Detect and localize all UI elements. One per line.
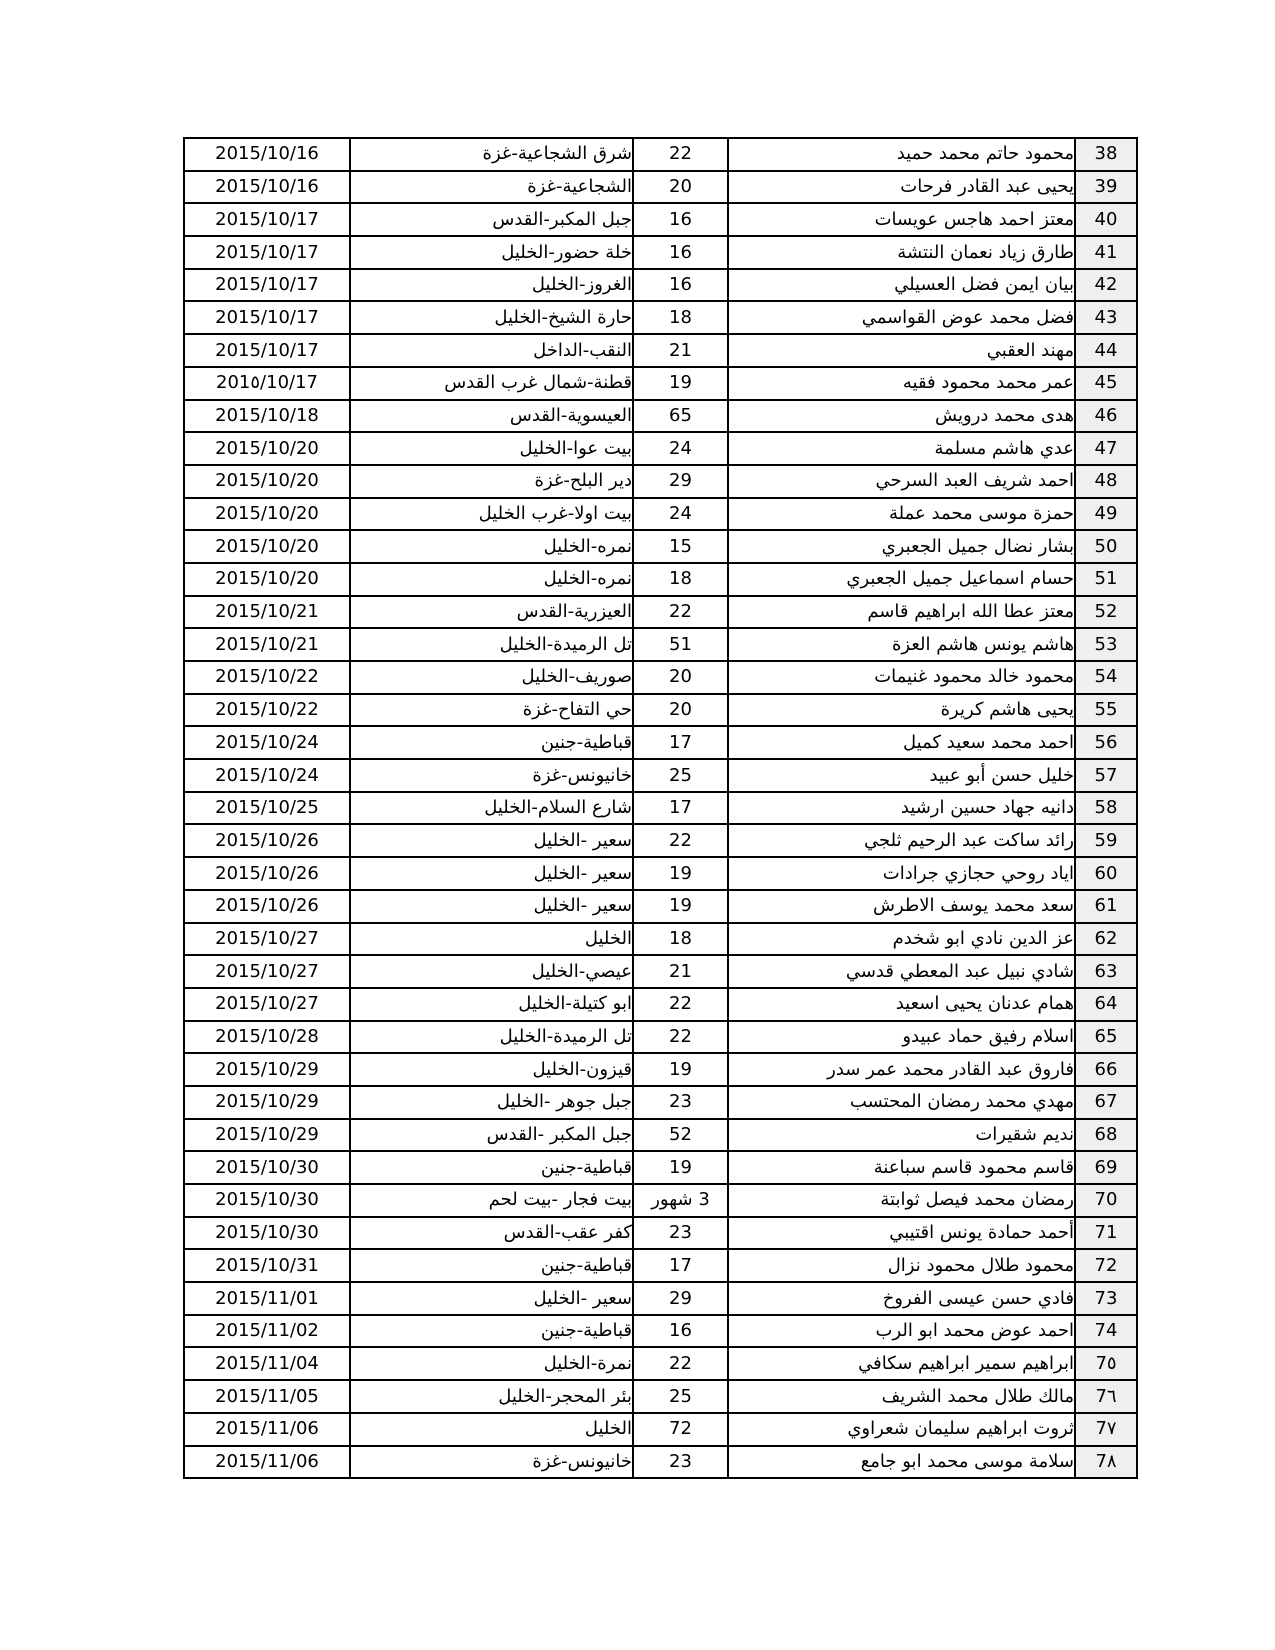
cell-name: يحيى عبد القادر فرحات: [728, 171, 1075, 204]
cell-location: جبل المكبر -القدس: [350, 1119, 633, 1152]
cell-age: 22: [633, 596, 728, 629]
table-row: 66فاروق عبد القادر محمد عمر سدر19قيزون-ا…: [184, 1053, 1137, 1086]
cell-number: 58: [1075, 792, 1137, 825]
cell-number: 67: [1075, 1086, 1137, 1119]
cell-number: 74: [1075, 1315, 1137, 1348]
cell-age: 22: [633, 988, 728, 1021]
cell-date: 2015/10/30: [184, 1184, 350, 1217]
cell-number: 44: [1075, 334, 1137, 367]
cell-location: كفر عقب-القدس: [350, 1217, 633, 1250]
cell-name: محمود طلال محمود نزال: [728, 1249, 1075, 1282]
cell-number: 7٧: [1075, 1413, 1137, 1446]
cell-age: 17: [633, 1249, 728, 1282]
cell-date: 2015/10/17: [184, 269, 350, 302]
cell-age: 24: [633, 498, 728, 531]
cell-number: 48: [1075, 465, 1137, 498]
cell-date: 2015/10/26: [184, 824, 350, 857]
cell-date: 2015/10/20: [184, 530, 350, 563]
cell-name: أحمد حمادة يونس اقتيبي: [728, 1217, 1075, 1250]
cell-date: 2015/10/28: [184, 1021, 350, 1054]
cell-number: 7٦: [1075, 1380, 1137, 1413]
table-row: 74احمد عوض محمد ابو الرب16قباطية-جنين201…: [184, 1315, 1137, 1348]
cell-number: 49: [1075, 498, 1137, 531]
cell-date: 2015/10/29: [184, 1086, 350, 1119]
cell-name: قاسم محمود قاسم سباعنة: [728, 1151, 1075, 1184]
cell-date: 2015/10/16: [184, 138, 350, 171]
cell-name: همام عدنان يحيى اسعيد: [728, 988, 1075, 1021]
table-row: 73فادي حسن عيسى الفروخ29سعير -الخليل2015…: [184, 1282, 1137, 1315]
cell-date: 2015/11/06: [184, 1413, 350, 1446]
cell-date: 2015/10/26: [184, 857, 350, 890]
cell-age: 29: [633, 1282, 728, 1315]
cell-date: 2015/10/30: [184, 1151, 350, 1184]
cell-number: 57: [1075, 759, 1137, 792]
cell-date: 2015/10/21: [184, 596, 350, 629]
cell-number: 59: [1075, 824, 1137, 857]
cell-age: 24: [633, 432, 728, 465]
records-table-body: 38محمود حاتم محمد حميد22شرق الشجاعية-غزة…: [184, 138, 1137, 1478]
cell-number: 52: [1075, 596, 1137, 629]
table-row: 65اسلام رفيق حماد عبيدو22تل الرميدة-الخل…: [184, 1021, 1137, 1054]
cell-number: 40: [1075, 203, 1137, 236]
cell-date: 2015/10/20: [184, 498, 350, 531]
cell-date: 2015/10/24: [184, 726, 350, 759]
cell-age: 16: [633, 1315, 728, 1348]
cell-location: سعير -الخليل: [350, 824, 633, 857]
cell-date: 2015/10/26: [184, 890, 350, 923]
table-row: 51حسام اسماعيل جميل الجعبري18نمره-الخليل…: [184, 563, 1137, 596]
cell-name: بشار نضال جميل الجعبري: [728, 530, 1075, 563]
table-row: 68نديم شقيرات52جبل المكبر -القدس2015/10/…: [184, 1119, 1137, 1152]
cell-location: شارع السلام-الخليل: [350, 792, 633, 825]
cell-name: رمضان محمد فيصل ثوابتة: [728, 1184, 1075, 1217]
table-row: 7٦مالك طلال محمد الشريف25بئر المحجر-الخل…: [184, 1380, 1137, 1413]
cell-name: احمد محمد سعيد كميل: [728, 726, 1075, 759]
cell-name: ثروت ابراهيم سليمان شعراوي: [728, 1413, 1075, 1446]
cell-location: بئر المحجر-الخليل: [350, 1380, 633, 1413]
cell-location: بيت اولا-غرب الخليل: [350, 498, 633, 531]
table-row: 63شادي نبيل عبد المعطي قدسي21عيصي-الخليل…: [184, 955, 1137, 988]
cell-number: 41: [1075, 236, 1137, 269]
cell-location: الخليل: [350, 1413, 633, 1446]
cell-date: 2015/10/29: [184, 1053, 350, 1086]
cell-name: شادي نبيل عبد المعطي قدسي: [728, 955, 1075, 988]
cell-number: 42: [1075, 269, 1137, 302]
cell-date: 2015/11/01: [184, 1282, 350, 1315]
cell-number: 72: [1075, 1249, 1137, 1282]
cell-date: 2015/10/17: [184, 236, 350, 269]
cell-age: 15: [633, 530, 728, 563]
cell-location: خانيونس-غزة: [350, 759, 633, 792]
cell-date: 2015/11/06: [184, 1446, 350, 1479]
cell-date: 2015/10/20: [184, 432, 350, 465]
cell-date: 201٥/10/17: [184, 367, 350, 400]
cell-name: هاشم يونس هاشم العزة: [728, 628, 1075, 661]
cell-age: 23: [633, 1446, 728, 1479]
cell-location: النقب-الداخل: [350, 334, 633, 367]
cell-date: 2015/10/29: [184, 1119, 350, 1152]
table-row: 7٧ثروت ابراهيم سليمان شعراوي72الخليل2015…: [184, 1413, 1137, 1446]
cell-number: 68: [1075, 1119, 1137, 1152]
cell-date: 2015/11/02: [184, 1315, 350, 1348]
cell-location: نمره-الخليل: [350, 563, 633, 596]
cell-location: العيسوية-القدس: [350, 400, 633, 433]
cell-age: 29: [633, 465, 728, 498]
cell-date: 2015/10/20: [184, 465, 350, 498]
cell-number: 7٨: [1075, 1446, 1137, 1479]
table-row: 41طارق زياد نعمان النتشة16خلة حضور-الخلي…: [184, 236, 1137, 269]
cell-age: 19: [633, 367, 728, 400]
cell-name: احمد عوض محمد ابو الرب: [728, 1315, 1075, 1348]
cell-location: حي التفاح-غزة: [350, 694, 633, 727]
table-row: 58دانيه جهاد حسين ارشيد17شارع السلام-الخ…: [184, 792, 1137, 825]
cell-location: قباطية-جنين: [350, 1151, 633, 1184]
cell-name: معتز احمد هاجس عويسات: [728, 203, 1075, 236]
cell-name: عز الدين نادي ابو شخدم: [728, 923, 1075, 956]
cell-number: 73: [1075, 1282, 1137, 1315]
table-row: 48احمد شريف العبد السرحي29دير البلح-غزة2…: [184, 465, 1137, 498]
cell-age: 23: [633, 1086, 728, 1119]
cell-age: 21: [633, 955, 728, 988]
cell-name: اسلام رفيق حماد عبيدو: [728, 1021, 1075, 1054]
cell-name: عدي هاشم مسلمة: [728, 432, 1075, 465]
cell-name: ابراهيم سمير ابراهيم سكافي: [728, 1347, 1075, 1380]
table-row: 39يحيى عبد القادر فرحات20الشجاعية-غزة201…: [184, 171, 1137, 204]
table-row: 57خليل حسن أبو عبيد25خانيونس-غزة2015/10/…: [184, 759, 1137, 792]
cell-number: 55: [1075, 694, 1137, 727]
cell-age: 52: [633, 1119, 728, 1152]
cell-location: الخليل: [350, 923, 633, 956]
cell-name: محمود خالد محمود غنيمات: [728, 661, 1075, 694]
table-row: 46هدى محمد درويش65العيسوية-القدس2015/10/…: [184, 400, 1137, 433]
cell-number: 65: [1075, 1021, 1137, 1054]
cell-age: 17: [633, 726, 728, 759]
cell-location: دير البلح-غزة: [350, 465, 633, 498]
cell-name: هدى محمد درويش: [728, 400, 1075, 433]
cell-location: جبل المكبر-القدس: [350, 203, 633, 236]
cell-location: تل الرميدة-الخليل: [350, 1021, 633, 1054]
cell-age: 19: [633, 857, 728, 890]
cell-age: 16: [633, 203, 728, 236]
cell-location: تل الرميدة-الخليل: [350, 628, 633, 661]
cell-number: 69: [1075, 1151, 1137, 1184]
cell-date: 2015/11/04: [184, 1347, 350, 1380]
cell-location: بيت عوا-الخليل: [350, 432, 633, 465]
cell-location: ابو كتيلة-الخليل: [350, 988, 633, 1021]
cell-age: 22: [633, 1021, 728, 1054]
cell-date: 2015/10/17: [184, 334, 350, 367]
table-row: 50بشار نضال جميل الجعبري15نمره-الخليل201…: [184, 530, 1137, 563]
cell-age: 22: [633, 1347, 728, 1380]
cell-name: محمود حاتم محمد حميد: [728, 138, 1075, 171]
cell-location: قباطية-جنين: [350, 726, 633, 759]
cell-name: عمر محمد محمود فقيه: [728, 367, 1075, 400]
cell-number: 43: [1075, 301, 1137, 334]
cell-age: 65: [633, 400, 728, 433]
cell-date: 2015/10/27: [184, 988, 350, 1021]
cell-number: 46: [1075, 400, 1137, 433]
cell-number: 54: [1075, 661, 1137, 694]
cell-age: 20: [633, 694, 728, 727]
cell-number: 61: [1075, 890, 1137, 923]
cell-location: عيصي-الخليل: [350, 955, 633, 988]
cell-location: خلة حضور-الخليل: [350, 236, 633, 269]
cell-date: 2015/10/22: [184, 694, 350, 727]
cell-name: حمزة موسى محمد عملة: [728, 498, 1075, 531]
cell-location: قباطية-جنين: [350, 1249, 633, 1282]
cell-location: سعير -الخليل: [350, 1282, 633, 1315]
table-row: 56احمد محمد سعيد كميل17قباطية-جنين2015/1…: [184, 726, 1137, 759]
cell-number: 38: [1075, 138, 1137, 171]
cell-name: فادي حسن عيسى الفروخ: [728, 1282, 1075, 1315]
cell-age: 17: [633, 792, 728, 825]
cell-location: سعير -الخليل: [350, 857, 633, 890]
cell-location: نمره-الخليل: [350, 530, 633, 563]
cell-age: 20: [633, 661, 728, 694]
cell-location: قيزون-الخليل: [350, 1053, 633, 1086]
cell-date: 2015/10/16: [184, 171, 350, 204]
cell-age: 3 شهور: [633, 1184, 728, 1217]
cell-number: 56: [1075, 726, 1137, 759]
cell-date: 2015/10/22: [184, 661, 350, 694]
cell-date: 2015/10/18: [184, 400, 350, 433]
cell-name: احمد شريف العبد السرحي: [728, 465, 1075, 498]
table-row: 70رمضان محمد فيصل ثوابتة3 شهوربيت فجار -…: [184, 1184, 1137, 1217]
cell-age: 18: [633, 301, 728, 334]
cell-date: 2015/10/24: [184, 759, 350, 792]
table-row: 55يحيى هاشم كريرة20حي التفاح-غزة2015/10/…: [184, 694, 1137, 727]
table-row: 72محمود طلال محمود نزال17قباطية-جنين2015…: [184, 1249, 1137, 1282]
cell-age: 21: [633, 334, 728, 367]
cell-name: سلامة موسى محمد ابو جامع: [728, 1446, 1075, 1479]
cell-age: 51: [633, 628, 728, 661]
table-row: 71أحمد حمادة يونس اقتيبي23كفر عقب-القدس2…: [184, 1217, 1137, 1250]
cell-date: 2015/10/20: [184, 563, 350, 596]
cell-location: قطنة-شمال غرب القدس: [350, 367, 633, 400]
cell-location: الغروز-الخليل: [350, 269, 633, 302]
cell-number: 60: [1075, 857, 1137, 890]
cell-name: نديم شقيرات: [728, 1119, 1075, 1152]
table-row: 43فضل محمد عوض القواسمي18حارة الشيخ-الخل…: [184, 301, 1137, 334]
cell-number: 39: [1075, 171, 1137, 204]
cell-location: حارة الشيخ-الخليل: [350, 301, 633, 334]
table-row: 38محمود حاتم محمد حميد22شرق الشجاعية-غزة…: [184, 138, 1137, 171]
cell-location: سعير -الخليل: [350, 890, 633, 923]
table-row: 7٨سلامة موسى محمد ابو جامع23خانيونس-غزة2…: [184, 1446, 1137, 1479]
cell-name: مهند العقبي: [728, 334, 1075, 367]
cell-location: جبل جوهر -الخليل: [350, 1086, 633, 1119]
cell-age: 23: [633, 1217, 728, 1250]
cell-name: سعد محمد يوسف الاطرش: [728, 890, 1075, 923]
cell-age: 18: [633, 923, 728, 956]
cell-number: 70: [1075, 1184, 1137, 1217]
cell-date: 2015/10/21: [184, 628, 350, 661]
cell-number: 53: [1075, 628, 1137, 661]
cell-age: 72: [633, 1413, 728, 1446]
cell-age: 16: [633, 236, 728, 269]
cell-age: 19: [633, 1053, 728, 1086]
records-table: 38محمود حاتم محمد حميد22شرق الشجاعية-غزة…: [183, 137, 1138, 1479]
cell-number: 47: [1075, 432, 1137, 465]
cell-name: مهدي محمد رمضان المحتسب: [728, 1086, 1075, 1119]
table-row: 62عز الدين نادي ابو شخدم18الخليل2015/10/…: [184, 923, 1137, 956]
cell-number: 62: [1075, 923, 1137, 956]
cell-date: 2015/10/27: [184, 955, 350, 988]
cell-name: طارق زياد نعمان النتشة: [728, 236, 1075, 269]
cell-age: 16: [633, 269, 728, 302]
cell-date: 2015/10/31: [184, 1249, 350, 1282]
document-page: 38محمود حاتم محمد حميد22شرق الشجاعية-غزة…: [0, 0, 1275, 1650]
cell-location: العيزرية-القدس: [350, 596, 633, 629]
cell-date: 2015/10/17: [184, 301, 350, 334]
table-row: 47عدي هاشم مسلمة24بيت عوا-الخليل2015/10/…: [184, 432, 1137, 465]
cell-age: 20: [633, 171, 728, 204]
cell-name: بيان ايمن فضل العسيلي: [728, 269, 1075, 302]
cell-location: صوريف-الخليل: [350, 661, 633, 694]
cell-date: 2015/11/05: [184, 1380, 350, 1413]
cell-name: رائد ساكت عبد الرحيم ثلجي: [728, 824, 1075, 857]
table-row: 69قاسم محمود قاسم سباعنة19قباطية-جنين201…: [184, 1151, 1137, 1184]
cell-name: خليل حسن أبو عبيد: [728, 759, 1075, 792]
table-row: 64همام عدنان يحيى اسعيد22ابو كتيلة-الخلي…: [184, 988, 1137, 1021]
cell-date: 2015/10/27: [184, 923, 350, 956]
cell-name: دانيه جهاد حسين ارشيد: [728, 792, 1075, 825]
cell-name: اياد روحي حجازي جرادات: [728, 857, 1075, 890]
cell-location: خانيونس-غزة: [350, 1446, 633, 1479]
table-row: 45عمر محمد محمود فقيه19قطنة-شمال غرب الق…: [184, 367, 1137, 400]
cell-location: شرق الشجاعية-غزة: [350, 138, 633, 171]
cell-age: 18: [633, 563, 728, 596]
cell-age: 22: [633, 824, 728, 857]
cell-location: بيت فجار -بيت لحم: [350, 1184, 633, 1217]
cell-age: 25: [633, 759, 728, 792]
cell-location: قباطية-جنين: [350, 1315, 633, 1348]
cell-age: 25: [633, 1380, 728, 1413]
cell-name: فضل محمد عوض القواسمي: [728, 301, 1075, 334]
cell-name: مالك طلال محمد الشريف: [728, 1380, 1075, 1413]
table-row: 44مهند العقبي21النقب-الداخل2015/10/17: [184, 334, 1137, 367]
cell-number: 45: [1075, 367, 1137, 400]
table-row: 7٥ابراهيم سمير ابراهيم سكافي22نمرة-الخلي…: [184, 1347, 1137, 1380]
cell-number: 71: [1075, 1217, 1137, 1250]
table-row: 42بيان ايمن فضل العسيلي16الغروز-الخليل20…: [184, 269, 1137, 302]
table-row: 49حمزة موسى محمد عملة24بيت اولا-غرب الخل…: [184, 498, 1137, 531]
table-row: 60اياد روحي حجازي جرادات19سعير -الخليل20…: [184, 857, 1137, 890]
cell-location: الشجاعية-غزة: [350, 171, 633, 204]
cell-age: 22: [633, 138, 728, 171]
cell-name: يحيى هاشم كريرة: [728, 694, 1075, 727]
cell-number: 66: [1075, 1053, 1137, 1086]
cell-date: 2015/10/17: [184, 203, 350, 236]
cell-number: 64: [1075, 988, 1137, 1021]
table-row: 40معتز احمد هاجس عويسات16جبل المكبر-القد…: [184, 203, 1137, 236]
table-row: 61سعد محمد يوسف الاطرش19سعير -الخليل2015…: [184, 890, 1137, 923]
table-row: 52معتز عطا الله ابراهيم قاسم22العيزرية-ا…: [184, 596, 1137, 629]
table-row: 67مهدي محمد رمضان المحتسب23جبل جوهر -الخ…: [184, 1086, 1137, 1119]
cell-number: 51: [1075, 563, 1137, 596]
cell-age: 19: [633, 1151, 728, 1184]
cell-name: فاروق عبد القادر محمد عمر سدر: [728, 1053, 1075, 1086]
cell-name: حسام اسماعيل جميل الجعبري: [728, 563, 1075, 596]
cell-date: 2015/10/30: [184, 1217, 350, 1250]
cell-age: 19: [633, 890, 728, 923]
table-row: 59رائد ساكت عبد الرحيم ثلجي22سعير -الخلي…: [184, 824, 1137, 857]
cell-number: 50: [1075, 530, 1137, 563]
cell-number: 63: [1075, 955, 1137, 988]
table-row: 53هاشم يونس هاشم العزة51تل الرميدة-الخلي…: [184, 628, 1137, 661]
cell-location: نمرة-الخليل: [350, 1347, 633, 1380]
cell-date: 2015/10/25: [184, 792, 350, 825]
cell-name: معتز عطا الله ابراهيم قاسم: [728, 596, 1075, 629]
table-row: 54محمود خالد محمود غنيمات20صوريف-الخليل2…: [184, 661, 1137, 694]
cell-number: 7٥: [1075, 1347, 1137, 1380]
